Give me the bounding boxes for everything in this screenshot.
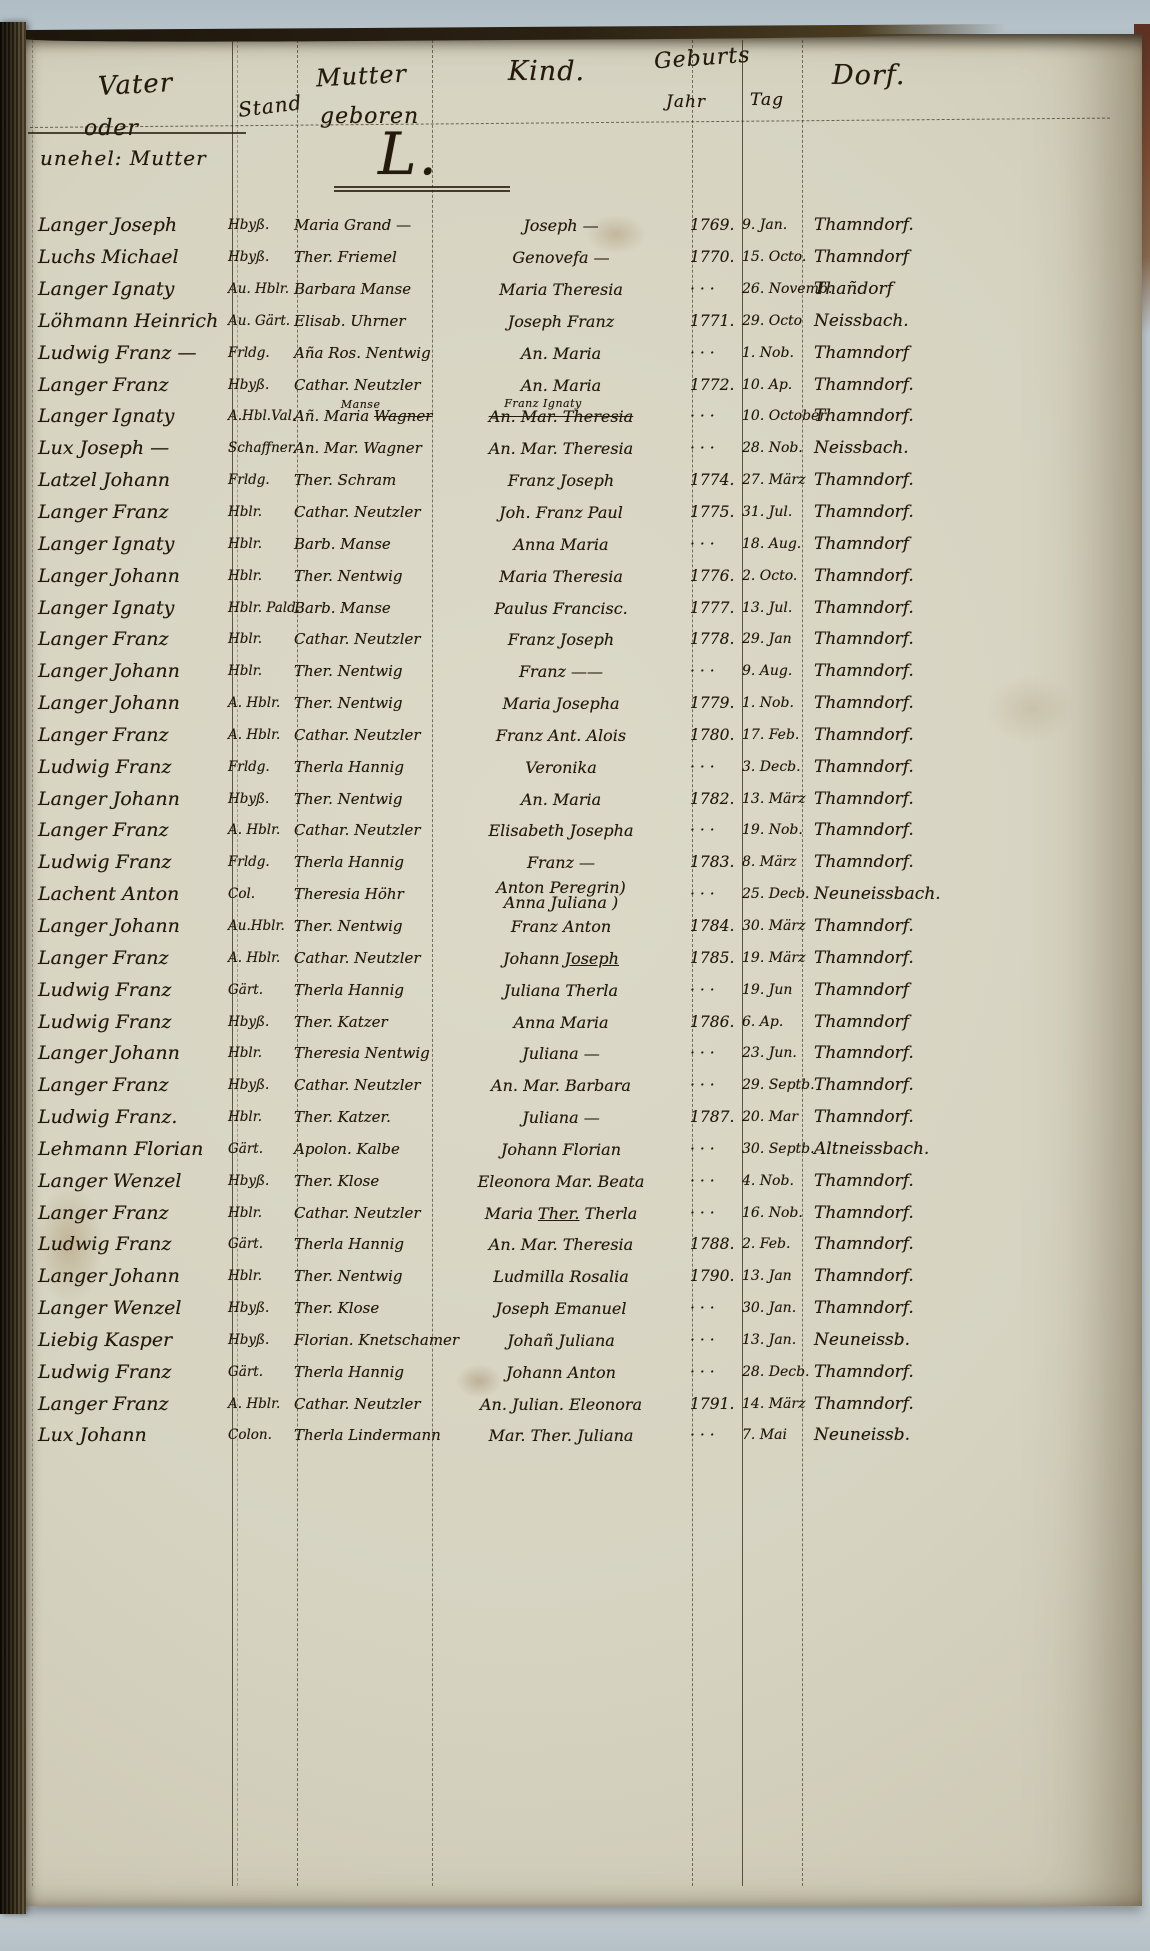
header-jahr: Jahr (666, 92, 706, 112)
header-rule-dashed (30, 118, 1110, 128)
year-cell: · · · (690, 282, 742, 297)
register-row: Langer JohannHblr.Theresia NentwigJulian… (32, 1038, 1036, 1070)
village-cell: Thamndorf. (804, 696, 1036, 711)
stand-cell: Au. Gärt. (228, 314, 294, 329)
register-row: Ludwig FranzGärt.Therla HannigJohann Ant… (32, 1356, 1036, 1388)
day-cell: 30. Septb. (742, 1142, 804, 1157)
mother-cell: Cathar. Neutzler (294, 1078, 432, 1093)
father-cell: Langer Ignaty (32, 601, 228, 616)
year-cell: · · · (690, 1428, 742, 1443)
father-cell: Langer Johann (32, 792, 228, 807)
day-cell: 27. März (742, 473, 804, 488)
child-cell: An. Maria (432, 378, 690, 393)
year-cell: 1777. (690, 601, 742, 616)
child-cell: Genovefa — (432, 250, 690, 265)
village-cell: Thamndorf. (804, 951, 1036, 966)
father-cell: Langer Wenzel (32, 1301, 228, 1316)
father-cell: Langer Ignaty (32, 282, 228, 297)
day-cell: 13. Jan (742, 1269, 804, 1284)
register-row: Langer JosephHbyß.Maria Grand —Joseph —1… (32, 210, 1036, 242)
register-row: Ludwig FranzGärt.Therla HannigJuliana Th… (32, 974, 1036, 1006)
mother-cell: Cathar. Neutzler (294, 823, 432, 838)
stand-cell: A. Hblr. (228, 823, 294, 838)
day-cell: 18. Aug. (742, 537, 804, 552)
mother-cell: Ther. Nentwig (294, 664, 432, 679)
father-cell: Latzel Johann (32, 473, 228, 488)
village-cell: Thamndorf. (804, 919, 1036, 934)
book-spine (0, 22, 26, 1914)
year-cell: 1782. (690, 792, 742, 807)
year-cell: · · · (690, 1174, 742, 1189)
child-cell: Juliana Therla (432, 983, 690, 998)
year-cell: · · · (690, 1046, 742, 1061)
register-row: Ludwig Franz —Frldg.Aña Ros. NentwigAn. … (32, 337, 1036, 369)
day-cell: 10. Ap. (742, 378, 804, 393)
father-cell: Langer Franz (32, 378, 228, 393)
stand-cell: Frldg. (228, 760, 294, 775)
year-cell: · · · (690, 346, 742, 361)
stand-cell: A. Hblr. (228, 728, 294, 743)
year-cell: · · · (690, 664, 742, 679)
day-cell: 4. Nob. (742, 1174, 804, 1189)
village-cell: Thamndorf. (804, 632, 1036, 647)
father-cell: Luchs Michael (32, 250, 228, 265)
day-cell: 3. Decb. (742, 760, 804, 775)
stand-cell: Gärt. (228, 1237, 294, 1252)
day-cell: 23. Jun. (742, 1046, 804, 1061)
register-row: Langer IgnatyHblr.Barb. ManseAnna Maria·… (32, 528, 1036, 560)
village-cell: Neissbach. (804, 314, 1036, 329)
mother-cell: Ther. Klose (294, 1301, 432, 1316)
village-cell: Thamndorf. (804, 1269, 1036, 1284)
year-cell: 1788. (690, 1237, 742, 1252)
child-cell: Mar. Ther. Juliana (432, 1428, 690, 1443)
child-cell: An. Mar. Barbara (432, 1078, 690, 1093)
father-cell: Ludwig Franz — (32, 346, 228, 361)
mother-cell: Aña Ros. Nentwig (294, 346, 432, 361)
child-cell: Franz — (432, 855, 690, 870)
section-letter: L. (378, 120, 439, 188)
day-cell: 28. Decb. (742, 1365, 804, 1380)
year-cell: 1772. (690, 378, 742, 393)
stand-cell: Hblr. (228, 1110, 294, 1125)
child-cell: Johann Joseph (432, 951, 690, 966)
village-cell: Thamndorf. (804, 569, 1036, 584)
mother-cell: Ther. Katzer (294, 1015, 432, 1030)
stand-cell: A. Hblr. (228, 951, 294, 966)
day-cell: 1. Nob. (742, 696, 804, 711)
register-row: Langer JohannHbyß.Ther. NentwigAn. Maria… (32, 783, 1036, 815)
section-letter-underline (334, 190, 510, 192)
year-cell: 1774. (690, 473, 742, 488)
register-row: Latzel JohannFrldg.Ther. SchramFranz Jos… (32, 465, 1036, 497)
register-row: Liebig KasperHbyß.Florian. KnetschamerJo… (32, 1325, 1036, 1357)
father-cell: Langer Franz (32, 1078, 228, 1093)
mother-cell: Theresia Höhr (294, 887, 432, 902)
village-cell: Altneissbach. (804, 1142, 1036, 1157)
day-cell: 9. Jan. (742, 218, 804, 233)
child-cell: Franz Ant. Alois (432, 728, 690, 743)
stand-cell: Hbyß. (228, 1078, 294, 1093)
year-cell: · · · (690, 1301, 742, 1316)
mother-cell: Ther. Klose (294, 1174, 432, 1189)
father-cell: Liebig Kasper (32, 1333, 228, 1348)
child-cell: Joseph — (432, 218, 690, 233)
page-top-edge (26, 24, 1006, 43)
mother-cell: Therla Hannig (294, 1237, 432, 1252)
stand-cell: Hbyß. (228, 792, 294, 807)
village-cell: Thamndorf. (804, 728, 1036, 743)
stand-cell: Gärt. (228, 1142, 294, 1157)
child-cell: Anna Maria (432, 1015, 690, 1030)
father-cell: Lux Joseph — (32, 441, 228, 456)
child-cell: Joseph Franz (432, 314, 690, 329)
stand-cell: Hblr. (228, 1269, 294, 1284)
register-row: Langer IgnatyA.Hbl.Val.Añ. Maria WagnerM… (32, 401, 1036, 433)
year-cell: · · · (690, 1078, 742, 1093)
father-cell: Langer Franz (32, 951, 228, 966)
day-cell: 8. März (742, 855, 804, 870)
child-cell: An. Julian. Eleonora (432, 1397, 690, 1412)
day-cell: 25. Decb. (742, 887, 804, 902)
scanned-register-photo: { "colors":{"paper":"#d8d5c4","ink":"#24… (0, 0, 1150, 1951)
stand-cell: Hbyß. (228, 378, 294, 393)
year-cell: 1787. (690, 1110, 742, 1125)
stand-cell: Colon. (228, 1428, 294, 1443)
header-unehel-mutter: unehel: Mutter (40, 146, 207, 170)
stand-cell: A. Hblr. (228, 696, 294, 711)
mother-cell: Ther. Nentwig (294, 696, 432, 711)
mother-cell: An. Mar. Wagner (294, 441, 432, 456)
child-cell: Anton Peregrin)Anna Juliana ) (432, 880, 690, 910)
mother-cell: Ther. Nentwig (294, 1269, 432, 1284)
father-cell: Langer Johann (32, 1046, 228, 1061)
register-row: Langer WenzelHbyß.Ther. KloseEleonora Ma… (32, 1165, 1036, 1197)
father-cell: Langer Ignaty (32, 537, 228, 552)
stand-cell: Hbyß. (228, 1174, 294, 1189)
header-tag: Tag (750, 90, 784, 110)
stand-cell: Hbyß. (228, 1015, 294, 1030)
village-cell: Thamndorf. (804, 1206, 1036, 1221)
mother-cell: Cathar. Neutzler (294, 1397, 432, 1412)
child-cell: Johann Anton (432, 1365, 690, 1380)
stand-cell: Col. (228, 887, 294, 902)
register-row: Löhmann HeinrichAu. Gärt.Elisab. UhrnerJ… (32, 306, 1036, 338)
register-row: Langer JohannHblr.Ther. NentwigLudmilla … (32, 1261, 1036, 1293)
year-cell: 1769. (690, 218, 742, 233)
father-cell: Lachent Anton (32, 887, 228, 902)
day-cell: 28. Nob. (742, 441, 804, 456)
village-cell: Thamndorf. (804, 409, 1036, 424)
day-cell: 1. Nob. (742, 346, 804, 361)
father-cell: Langer Joseph (32, 218, 228, 233)
mother-cell: Cathar. Neutzler (294, 728, 432, 743)
father-cell: Ludwig Franz (32, 1365, 228, 1380)
day-cell: 19. Nob. (742, 823, 804, 838)
child-cell: Paulus Francisc. (432, 601, 690, 616)
register-row: Langer FranzHblr.Cathar. NeutzlerJoh. Fr… (32, 497, 1036, 529)
register-row: Langer FranzA. Hblr.Cathar. NeutzlerJoha… (32, 942, 1036, 974)
stand-cell: Hbyß. (228, 250, 294, 265)
father-cell: Ludwig Franz (32, 1015, 228, 1030)
mother-cell: Cathar. Neutzler (294, 632, 432, 647)
register-row: Langer IgnatyAu. Hblr.Barbara ManseMaria… (32, 274, 1036, 306)
father-cell: Langer Franz (32, 505, 228, 520)
child-cell: An. Mar. Theresia (432, 441, 690, 456)
day-cell: 14. März (742, 1397, 804, 1412)
year-cell: 1776. (690, 569, 742, 584)
mother-cell: Cathar. Neutzler (294, 505, 432, 520)
stand-cell: Au.Hblr. (228, 919, 294, 934)
year-cell: 1784. (690, 919, 742, 934)
day-cell: 26. Novemb. (742, 282, 804, 297)
register-row: Lachent AntonCol.Theresia HöhrAnton Pere… (32, 879, 1036, 911)
year-cell: 1790. (690, 1269, 742, 1284)
stand-cell: Frldg. (228, 473, 294, 488)
stand-cell: Frldg. (228, 855, 294, 870)
village-cell: Thamndorf. (804, 1237, 1036, 1252)
header-stand: Stand (237, 90, 304, 122)
village-cell: Thamndorf. (804, 505, 1036, 520)
mother-cell: Ther. Nentwig (294, 569, 432, 584)
stand-cell: Hblr. (228, 569, 294, 584)
section-letter-underline (334, 186, 510, 188)
day-cell: 30. März (742, 919, 804, 934)
mother-cell: Cathar. Neutzler (294, 1206, 432, 1221)
year-cell: 1783. (690, 855, 742, 870)
header-mutter: Mutter (315, 60, 407, 93)
day-cell: 2. Octo. (742, 569, 804, 584)
mother-cell: Elisab. Uhrner (294, 314, 432, 329)
child-cell: Elisabeth Josepha (432, 823, 690, 838)
header-father-oder: oder (84, 116, 139, 141)
village-cell: Thamndorf. (804, 823, 1036, 838)
year-cell: · · · (690, 1142, 742, 1157)
header-geburts: Geburts (653, 43, 751, 75)
mother-cell: Barb. Manse (294, 601, 432, 616)
day-cell: 29. Octo (742, 314, 804, 329)
father-cell: Ludwig Franz (32, 983, 228, 998)
mother-cell: Therla Hannig (294, 855, 432, 870)
stand-cell: A. Hblr. (228, 1397, 294, 1412)
year-cell: 1791. (690, 1397, 742, 1412)
stand-cell: Gärt. (228, 1365, 294, 1380)
day-cell: 10. October. (742, 409, 804, 424)
year-cell: · · · (690, 887, 742, 902)
village-cell: Thañdorf (804, 282, 1036, 297)
register-row: Ludwig FranzHbyß.Ther. KatzerAnna Maria1… (32, 1006, 1036, 1038)
village-cell: Thamndorf. (804, 760, 1036, 775)
year-cell: · · · (690, 1206, 742, 1221)
day-cell: 13. Jul. (742, 601, 804, 616)
register-row: Langer FranzHbyß.Cathar. NeutzlerAn. Mar… (32, 1070, 1036, 1102)
mother-cell: Barb. Manse (294, 537, 432, 552)
register-row: Lux JohannColon.Therla LindermannMar. Th… (32, 1420, 1036, 1452)
register-row: Langer FranzA. Hblr.Cathar. NeutzlerFran… (32, 720, 1036, 752)
father-cell: Ludwig Franz (32, 760, 228, 775)
mother-cell: Therla Hannig (294, 1365, 432, 1380)
village-cell: Thamndorf. (804, 218, 1036, 233)
register-row: Langer JohannHblr.Ther. NentwigFranz ——·… (32, 656, 1036, 688)
father-cell: Langer Franz (32, 823, 228, 838)
day-cell: 15. Octo. (742, 250, 804, 265)
village-cell: Thamndorf. (804, 1397, 1036, 1412)
village-cell: Thamndorf. (804, 601, 1036, 616)
register-row: Lux Joseph —Schaffner.An. Mar. WagnerAn.… (32, 433, 1036, 465)
village-cell: Neuneissb. (804, 1428, 1036, 1443)
father-cell: Löhmann Heinrich (32, 314, 228, 329)
stand-cell: Hblr. Pald. (228, 601, 294, 616)
stand-cell: Schaffner. (228, 441, 294, 456)
father-cell: Langer Johann (32, 696, 228, 711)
register-row: Luchs MichaelHbyß.Ther. FriemelGenovefa … (32, 242, 1036, 274)
village-cell: Thamndorf. (804, 792, 1036, 807)
year-cell: · · · (690, 441, 742, 456)
mother-cell: Cathar. Neutzler (294, 951, 432, 966)
year-cell: 1779. (690, 696, 742, 711)
village-cell: Thamndorf. (804, 1046, 1036, 1061)
year-cell: · · · (690, 1365, 742, 1380)
day-cell: 20. Mar (742, 1110, 804, 1125)
village-cell: Neuneissb. (804, 1333, 1036, 1348)
child-cell: Eleonora Mar. Beata (432, 1174, 690, 1189)
child-cell: Veronika (432, 760, 690, 775)
village-cell: Thamndorf (804, 983, 1036, 998)
child-cell: Maria Josepha (432, 696, 690, 711)
child-cell: An. Maria (432, 792, 690, 807)
stand-cell: Hblr. (228, 537, 294, 552)
day-cell: 19. März (742, 951, 804, 966)
stand-cell: Frldg. (228, 346, 294, 361)
mother-cell: Theresia Nentwig (294, 1046, 432, 1061)
child-cell: Joh. Franz Paul (432, 505, 690, 520)
register-row: Langer IgnatyHblr. Pald.Barb. MansePaulu… (32, 592, 1036, 624)
mother-cell: Ther. Katzer. (294, 1110, 432, 1125)
day-cell: 13. Jan. (742, 1333, 804, 1348)
village-cell: Thamndorf. (804, 1301, 1036, 1316)
register-row: Ludwig FranzFrldg.Therla HannigFranz —17… (32, 847, 1036, 879)
child-cell: Franz Joseph (432, 473, 690, 488)
mother-cell: Florian. Knetschamer (294, 1333, 432, 1348)
child-cell: An. Mar. Theresia (432, 1237, 690, 1252)
header-kind: Kind. (508, 56, 585, 87)
father-cell: Ludwig Franz (32, 855, 228, 870)
year-cell: · · · (690, 409, 742, 424)
day-cell: 9. Aug. (742, 664, 804, 679)
year-cell: 1780. (690, 728, 742, 743)
village-cell: Thamndorf. (804, 855, 1036, 870)
year-cell: 1770. (690, 250, 742, 265)
mother-cell: Añ. Maria WagnerManse (294, 409, 432, 424)
year-cell: 1785. (690, 951, 742, 966)
mother-cell: Maria Grand — (294, 218, 432, 233)
day-cell: 30. Jan. (742, 1301, 804, 1316)
mother-cell: Ther. Friemel (294, 250, 432, 265)
day-cell: 16. Nob. (742, 1206, 804, 1221)
year-cell: · · · (690, 760, 742, 775)
father-cell: Ludwig Franz. (32, 1110, 228, 1125)
village-cell: Neuneissbach. (804, 887, 1036, 902)
stand-cell: A.Hbl.Val. (228, 409, 294, 424)
stand-cell: Hbyß. (228, 218, 294, 233)
father-cell: Lehmann Florian (32, 1142, 228, 1157)
child-cell: Johann Florian (432, 1142, 690, 1157)
year-cell: 1786. (690, 1015, 742, 1030)
day-cell: 17. Feb. (742, 728, 804, 743)
year-cell: 1775. (690, 505, 742, 520)
day-cell: 19. Jun (742, 983, 804, 998)
stand-cell: Hblr. (228, 1046, 294, 1061)
year-cell: · · · (690, 537, 742, 552)
child-cell: An. Mar. TheresiaFranz Ignaty (432, 409, 690, 424)
father-cell: Langer Wenzel (32, 1174, 228, 1189)
child-cell: Ludmilla Rosalia (432, 1269, 690, 1284)
mother-cell: Cathar. Neutzler (294, 378, 432, 393)
village-cell: Thamndorf (804, 537, 1036, 552)
stand-cell: Hblr. (228, 1206, 294, 1221)
year-cell: · · · (690, 983, 742, 998)
register-rows: Langer JosephHbyß.Maria Grand —Joseph —1… (32, 210, 1036, 1452)
village-cell: Thamndorf (804, 346, 1036, 361)
register-row: Langer FranzA. Hblr.Cathar. NeutzlerAn. … (32, 1388, 1036, 1420)
mother-cell: Ther. Nentwig (294, 919, 432, 934)
father-cell: Langer Johann (32, 664, 228, 679)
mother-cell: Ther. Nentwig (294, 792, 432, 807)
stand-cell: Hblr. (228, 664, 294, 679)
child-cell: Johañ Juliana (432, 1333, 690, 1348)
father-cell: Langer Johann (32, 919, 228, 934)
child-cell: Maria Theresia (432, 282, 690, 297)
village-cell: Thamndorf. (804, 1365, 1036, 1380)
year-cell: · · · (690, 823, 742, 838)
header-father: Vater (97, 68, 174, 102)
child-cell: Franz Joseph (432, 632, 690, 647)
village-cell: Thamndorf. (804, 1078, 1036, 1093)
village-cell: Thamndorf (804, 1015, 1036, 1030)
child-cell: Maria Ther. Therla (432, 1206, 690, 1221)
stand-cell: Hbyß. (228, 1333, 294, 1348)
stand-cell: Hbyß. (228, 1301, 294, 1316)
child-cell: Joseph Emanuel (432, 1301, 690, 1316)
register-row: Langer JohannAu.Hblr.Ther. NentwigFranz … (32, 911, 1036, 943)
register-row: Langer FranzHblr.Cathar. NeutzlerFranz J… (32, 624, 1036, 656)
village-cell: Thamndorf. (804, 664, 1036, 679)
father-cell: Langer Franz (32, 728, 228, 743)
register-row: Lehmann FlorianGärt.Apolon. KalbeJohann … (32, 1133, 1036, 1165)
register-row: Ludwig FranzGärt.Therla HannigAn. Mar. T… (32, 1229, 1036, 1261)
father-cell: Ludwig Franz (32, 1237, 228, 1252)
register-row: Langer FranzHblr.Cathar. NeutzlerMaria T… (32, 1197, 1036, 1229)
father-cell: Langer Johann (32, 1269, 228, 1284)
register-row: Langer WenzelHbyß.Ther. KloseJoseph Eman… (32, 1293, 1036, 1325)
day-cell: 7. Mai (742, 1428, 804, 1443)
day-cell: 31. Jul. (742, 505, 804, 520)
stand-cell: Hblr. (228, 505, 294, 520)
year-cell: 1771. (690, 314, 742, 329)
mother-cell: Apolon. Kalbe (294, 1142, 432, 1157)
child-cell: Juliana — (432, 1046, 690, 1061)
child-cell: Anna Maria (432, 537, 690, 552)
village-cell: Thamndorf. (804, 1174, 1036, 1189)
village-cell: Thamndorf (804, 250, 1036, 265)
header-dorf: Dorf. (832, 60, 905, 91)
year-cell: 1778. (690, 632, 742, 647)
year-cell: · · · (690, 1333, 742, 1348)
register-row: Langer JohannA. Hblr.Ther. NentwigMaria … (32, 688, 1036, 720)
stand-cell: Gärt. (228, 983, 294, 998)
stand-cell: Hblr. (228, 632, 294, 647)
register-row: Langer JohannHblr.Ther. NentwigMaria The… (32, 560, 1036, 592)
